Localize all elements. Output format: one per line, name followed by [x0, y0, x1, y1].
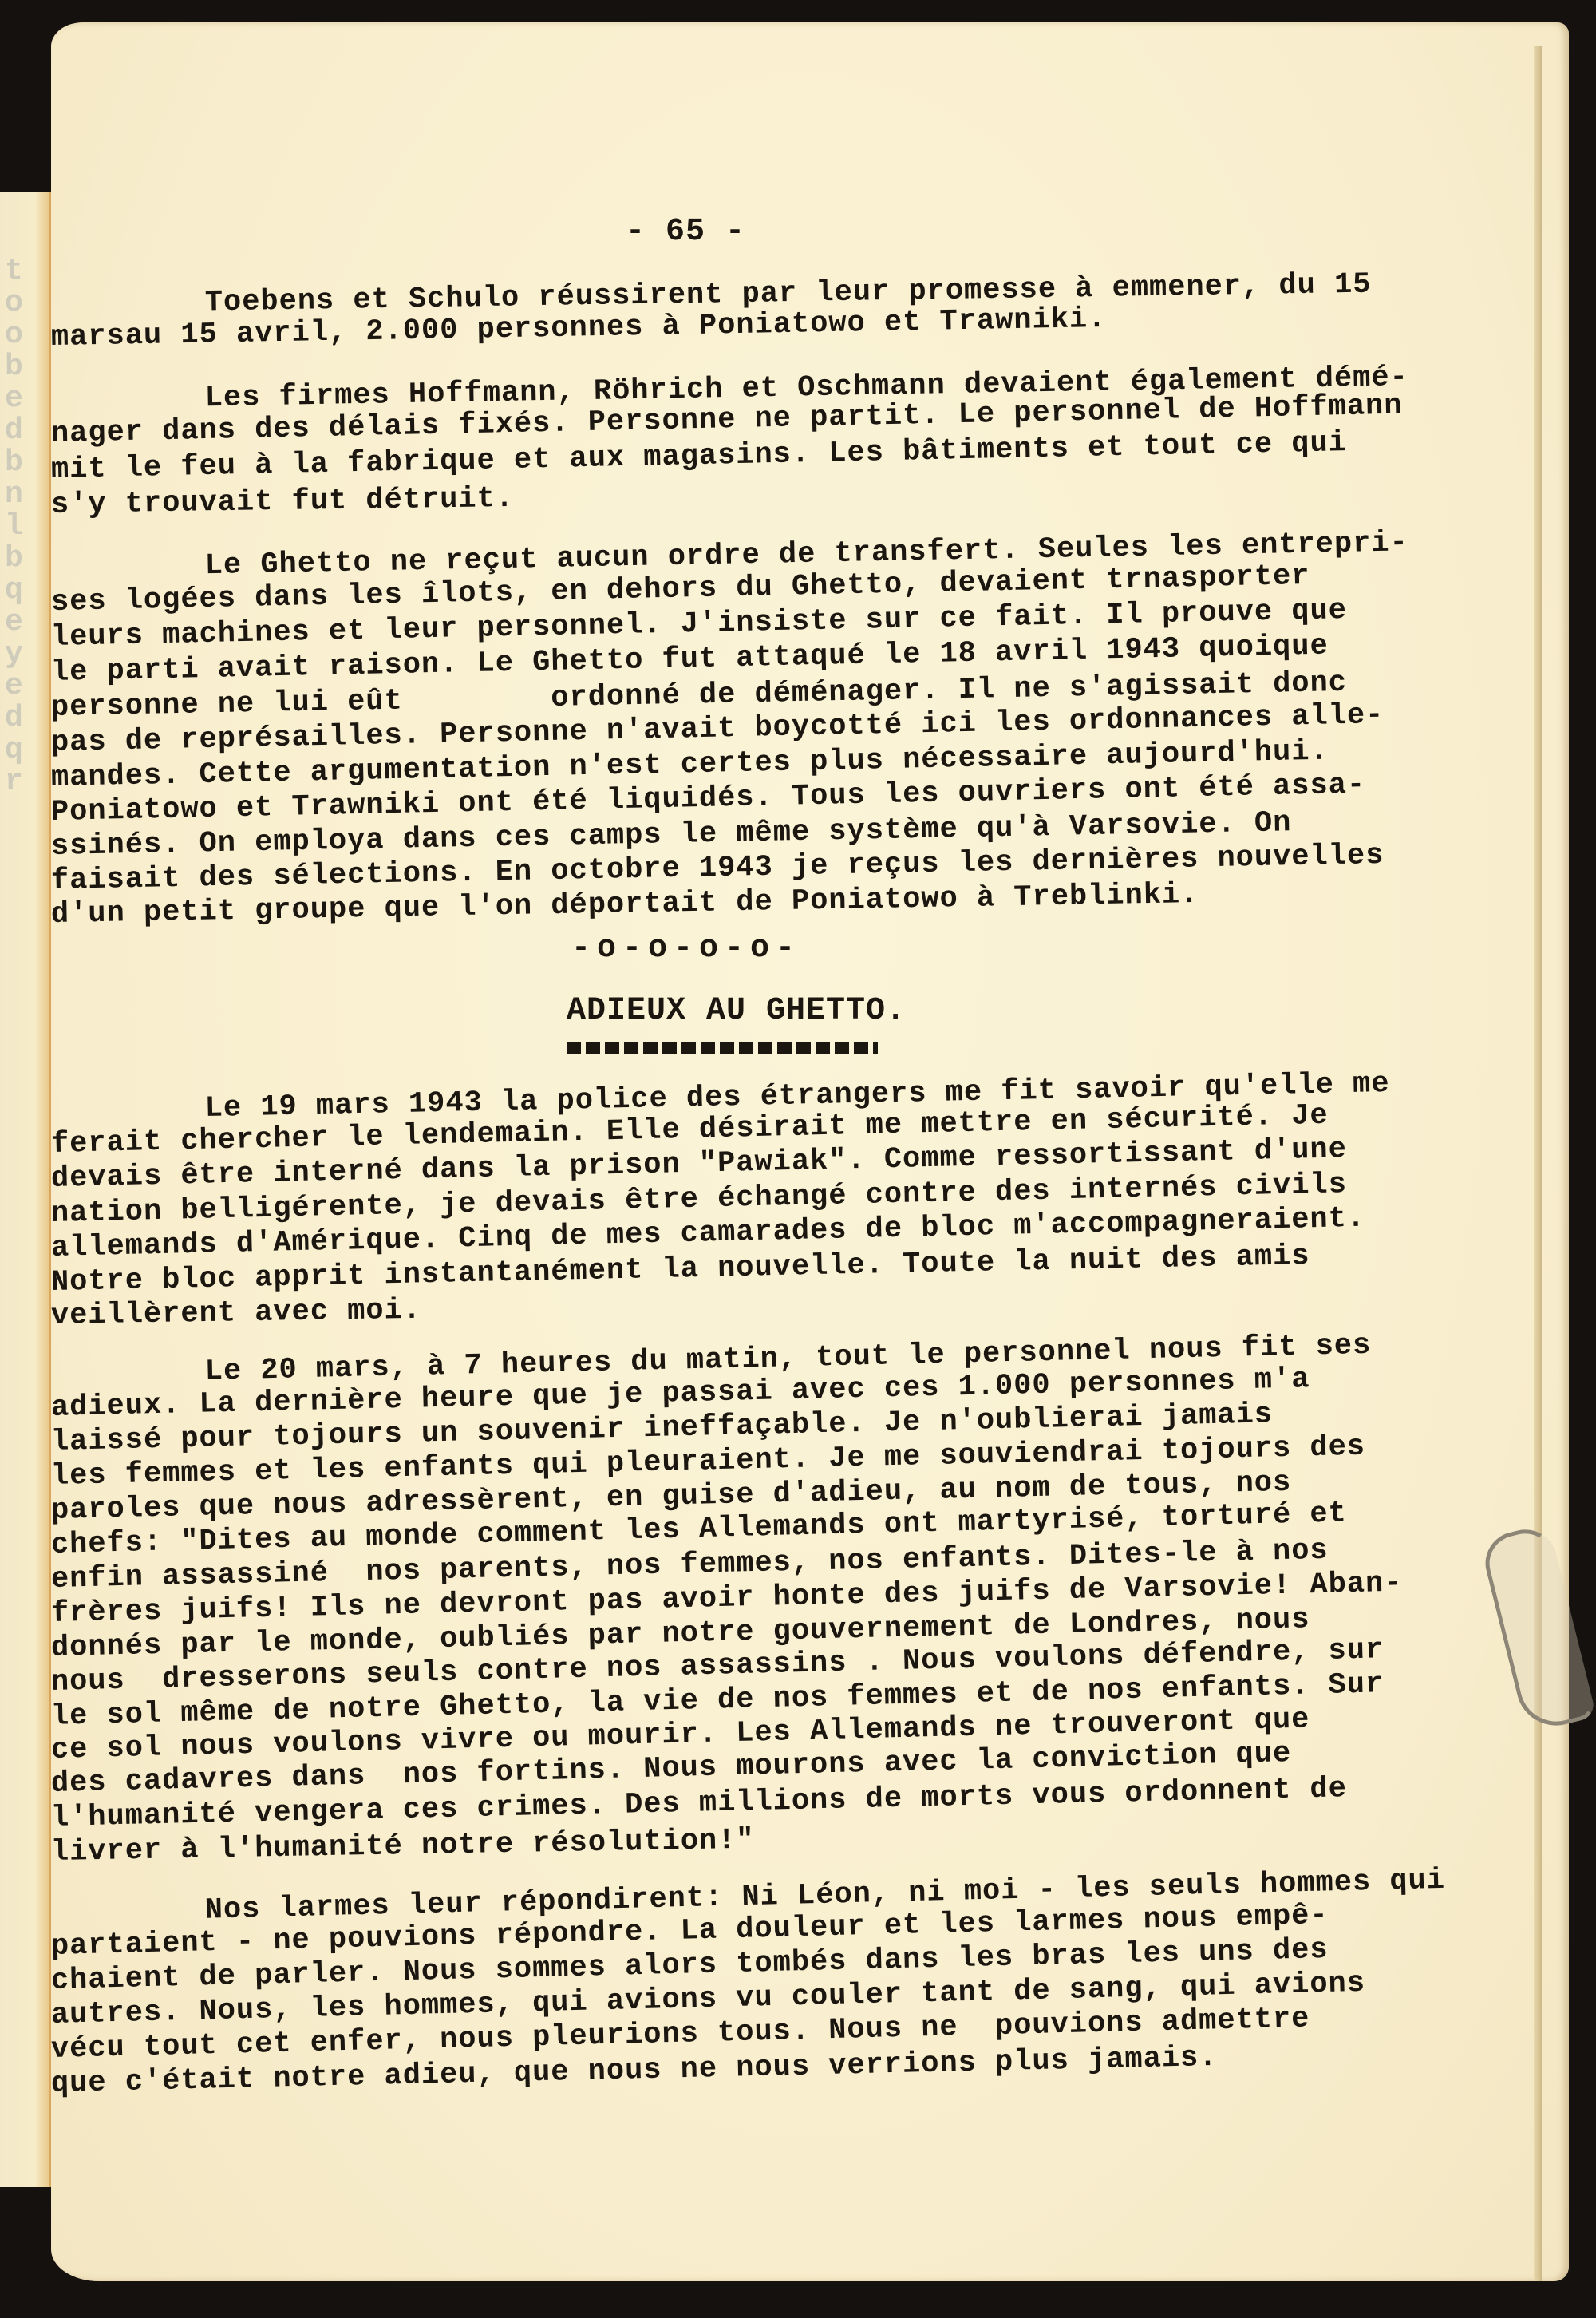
previous-page-ghost-text: t o o b e d b n l b q e y e d q r — [5, 255, 29, 798]
section-title: ADIEUX AU GHETTO. — [567, 993, 906, 1029]
document-page: - 65 - -o-o-o-o- ADIEUX AU GHETTO. Toebe… — [51, 22, 1569, 2281]
section-title-underline — [567, 1042, 878, 1054]
text-line: veillèrent avec moi. — [51, 1294, 422, 1333]
section-divider: -o-o-o-o- — [571, 931, 801, 967]
typed-text-body: - 65 - -o-o-o-o- ADIEUX AU GHETTO. Toebe… — [51, 22, 1569, 2281]
text-line: s'y trouvait fut détruit. — [51, 482, 515, 522]
previous-page-edge: t o o b e d b n l b q e y e d q r — [0, 192, 52, 2187]
page-number: - 65 - — [626, 214, 745, 250]
